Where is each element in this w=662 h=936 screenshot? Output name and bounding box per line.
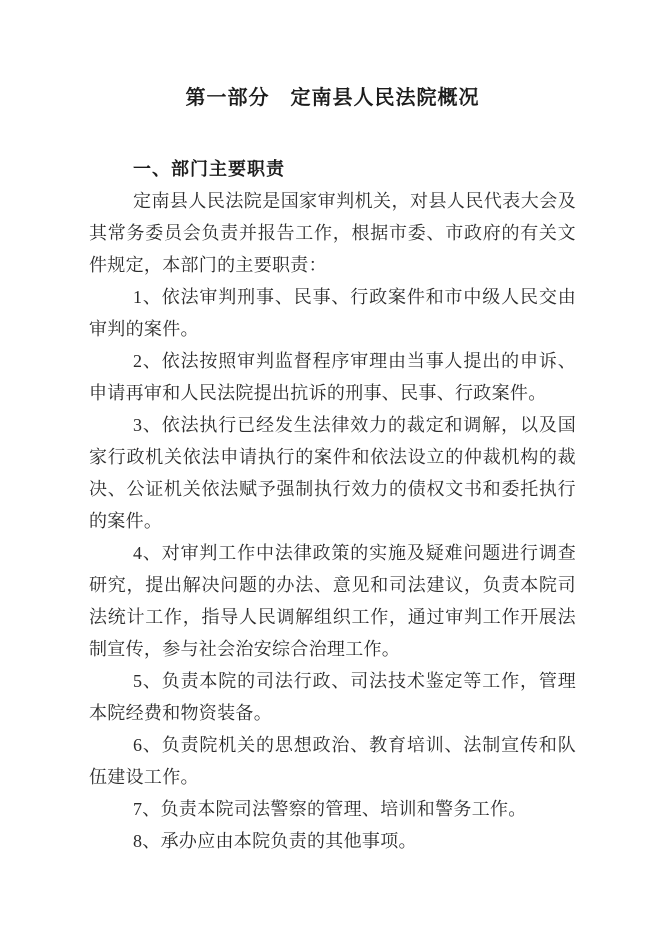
document-page: 第一部分 定南县人民法院概况 一、部门主要职责 定南县人民法院是国家审判机关，对…	[0, 0, 662, 936]
duty-item-8: 8、承办应由本院负责的其他事项。	[89, 825, 576, 857]
duty-item-1: 1、依法审判刑事、民事、行政案件和市中级人民交由审判的案件。	[89, 281, 576, 345]
document-title: 第一部分 定南县人民法院概况	[89, 0, 576, 111]
duty-item-4: 4、对审判工作中法律政策的实施及疑难问题进行调查研究，提出解决问题的办法、意见和…	[89, 537, 576, 665]
document-content: 第一部分 定南县人民法院概况 一、部门主要职责 定南县人民法院是国家审判机关，对…	[89, 0, 576, 857]
intro-paragraph: 定南县人民法院是国家审判机关，对县人民代表大会及其常务委员会负责并报告工作，根据…	[89, 185, 576, 281]
section-heading: 一、部门主要职责	[89, 153, 576, 185]
duty-item-3: 3、依法执行已经发生法律效力的裁定和调解，以及国家行政机关依法申请执行的案件和依…	[89, 409, 576, 537]
duty-item-6: 6、负责院机关的思想政治、教育培训、法制宣传和队伍建设工作。	[89, 729, 576, 793]
duty-item-2: 2、依法按照审判监督程序审理由当事人提出的申诉、申请再审和人民法院提出抗诉的刑事…	[89, 345, 576, 409]
duty-item-7: 7、负责本院司法警察的管理、培训和警务工作。	[89, 793, 576, 825]
duty-item-5: 5、负责本院的司法行政、司法技术鉴定等工作，管理本院经费和物资装备。	[89, 665, 576, 729]
